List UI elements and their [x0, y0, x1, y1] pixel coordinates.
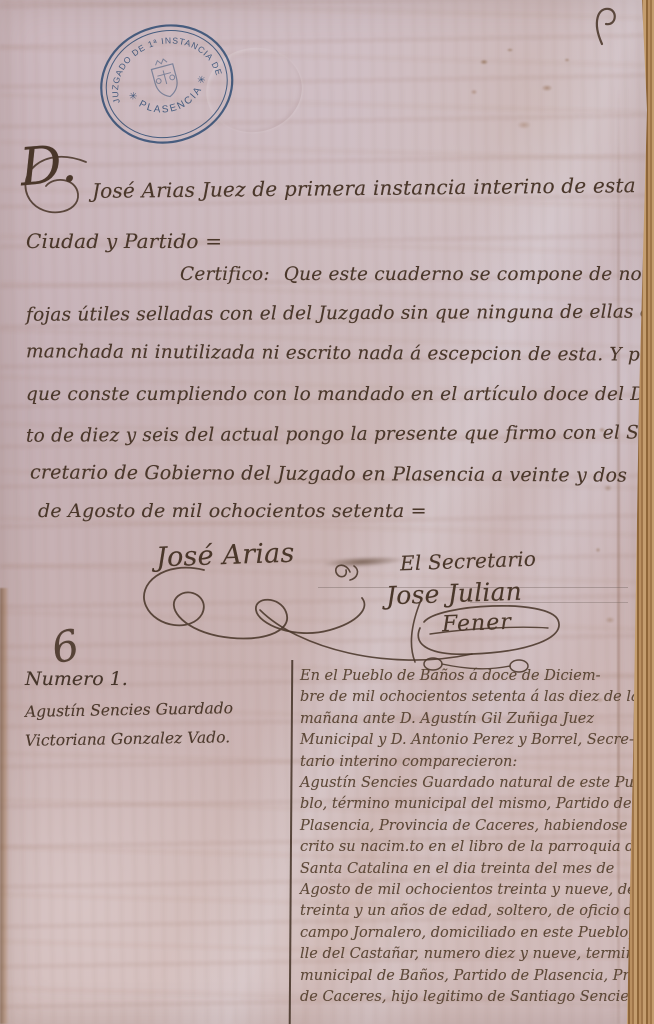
certification-first-line: Certifico:Que este cuaderno se compone d…	[180, 264, 654, 285]
certification-line: manchada ni inutilizada ni escrito nada …	[26, 341, 654, 365]
certification-line: to de diez y seis del actual pongo la pr…	[26, 422, 654, 446]
entry-line: campo Jornalero, domiciliado en este Pue…	[300, 923, 632, 944]
margin-divider-line	[289, 660, 294, 1024]
entry-line: Agustín Sencies Guardado natural de este…	[300, 773, 632, 794]
entry-line: Municipal y D. Antonio Perez y Borrel, S…	[300, 730, 632, 751]
judge-signature: José Arias	[156, 538, 295, 574]
entry-line: de Caceres, hijo legitimo de Santiago Se…	[300, 987, 632, 1008]
stamp-crest	[150, 57, 181, 99]
certification-line: cretario de Gobierno del Juzgado en Plas…	[30, 461, 627, 486]
secretary-signature-surname: Fener	[442, 610, 513, 637]
margin-name-2: Victoriana Gonzalez Vado.	[25, 723, 234, 756]
court-stamp: JUZGADO DE 1ª INSTANCIA DE ✳ PLASENCIA ✳	[56, 0, 278, 182]
entry-line: bre de mil ochocientos setenta á las die…	[300, 687, 632, 708]
stain-spots-top-right	[452, 30, 627, 155]
entry-number: Numero 1.	[25, 668, 233, 690]
entry-text-column: En el Pueblo de Baños á doce de Diciem- …	[300, 666, 632, 1009]
entry-line: tario interino comparecieron:	[300, 752, 632, 773]
opening-line-1: José Arias Juez de primera instancia int…	[92, 173, 636, 203]
entry-line: crito su nacim.to en el libro de la parr…	[300, 837, 632, 858]
secretary-title: El Secretario	[400, 547, 537, 576]
opening-initial: D.	[17, 134, 79, 199]
certification-line: que conste cumpliendo con lo mandado en …	[26, 384, 654, 405]
entry-line: Santa Catalina en el dia treinta del mes…	[300, 859, 632, 880]
book-background: JUZGADO DE 1ª INSTANCIA DE ✳ PLASENCIA ✳…	[0, 0, 654, 1024]
entry-line: municipal de Baños, Partido de Plasencia…	[300, 966, 632, 987]
secretary-signature-name: Jose Julian	[386, 577, 523, 611]
entry-line: Agosto de mil ochocientos treinta y nuev…	[300, 880, 632, 901]
margin-name-1: Agustín Sencies Guardado	[25, 694, 234, 727]
opening-line-2: Ciudad y Partido =	[26, 229, 222, 253]
folio-mark: 6	[47, 620, 84, 674]
certification-line: fojas útiles selladas con el del Juzgado…	[26, 301, 654, 325]
entry-line: En el Pueblo de Baños á doce de Diciem-	[300, 666, 632, 687]
entry-line: Plasencia, Provincia de Caceres, habiend…	[300, 816, 632, 837]
entry-line: blo, término municipal del mismo, Partid…	[300, 794, 632, 815]
court-stamp-svg: JUZGADO DE 1ª INSTANCIA DE ✳ PLASENCIA ✳	[56, 0, 278, 182]
certification-line: de Agosto de mil ochocientos setenta =	[38, 500, 427, 522]
entry-line: mañana ante D. Agustín Gil Zuñiga Juez	[300, 709, 632, 730]
certifico-word: Certifico:	[180, 264, 270, 285]
ink-smudge	[322, 555, 402, 569]
entry-line: treinta y un años de edad, soltero, de o…	[300, 901, 632, 922]
corner-ink-mark	[586, 2, 632, 48]
certification-lead-rest: Que este cuaderno se compone de noventa	[284, 264, 654, 285]
document-page: JUZGADO DE 1ª INSTANCIA DE ✳ PLASENCIA ✳…	[0, 0, 654, 1024]
entry-line: lle del Castañar, numero diez y nueve, t…	[300, 944, 632, 965]
book-edge-left	[0, 588, 9, 1024]
margin-notes: Numero 1. Agustín Sencies Guardado Victo…	[25, 668, 233, 754]
